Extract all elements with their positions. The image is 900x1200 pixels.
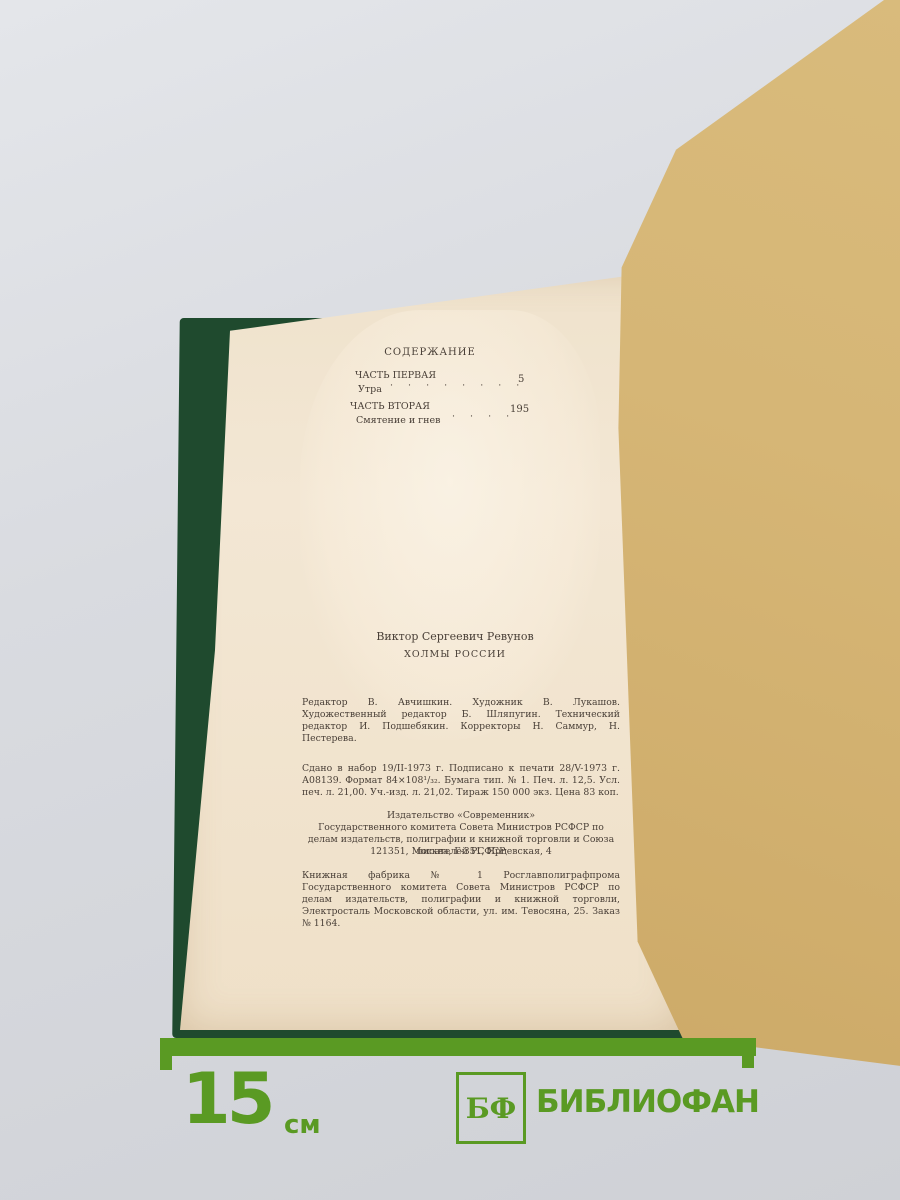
- toc-page-2: 195: [510, 404, 529, 415]
- brand-name: БИБЛИОФАН: [536, 1084, 759, 1120]
- toc-part-2: ЧАСТЬ ВТОРАЯ: [350, 401, 430, 412]
- toc-chapter-1: Утра: [358, 384, 382, 395]
- toc-leader-2: · · · ·: [452, 411, 515, 422]
- logo-letters: БФ: [466, 1092, 517, 1125]
- water-stain: [300, 310, 600, 740]
- scale-ruler: [160, 1038, 756, 1056]
- imprint-printer: Книжная фабрика № 1 Росглавполиграфпрома…: [302, 870, 620, 930]
- book-logo-icon: БФ: [456, 1072, 526, 1144]
- toc-chapter-2: Смятение и гнев: [356, 415, 440, 426]
- toc-leader-1: · · · · · · · ·: [390, 380, 525, 391]
- scale-value: 15: [182, 1058, 271, 1140]
- toc-title: СОДЕРЖАНИЕ: [360, 346, 500, 359]
- toc-page-1: 5: [518, 374, 524, 385]
- ruler-tick-right: [742, 1038, 754, 1068]
- imprint-publisher-address: 121351, Москва, Г-351, Ярцевская, 4: [302, 846, 620, 858]
- ruler-tick-left: [160, 1038, 172, 1070]
- imprint-publisher-name: Издательство «Современник»: [302, 810, 620, 822]
- book-title: ХОЛМЫ РОССИИ: [330, 648, 580, 661]
- endpaper-page: [612, 0, 900, 1070]
- imprint-credits: Редактор В. Авчишкин. Художник В. Лукашо…: [302, 697, 620, 745]
- book-author: Виктор Сергеевич Ревунов: [330, 630, 580, 643]
- imprint-print-info: Сдано в набор 19/II-1973 г. Подписано к …: [302, 763, 620, 799]
- scale-unit: см: [284, 1110, 321, 1140]
